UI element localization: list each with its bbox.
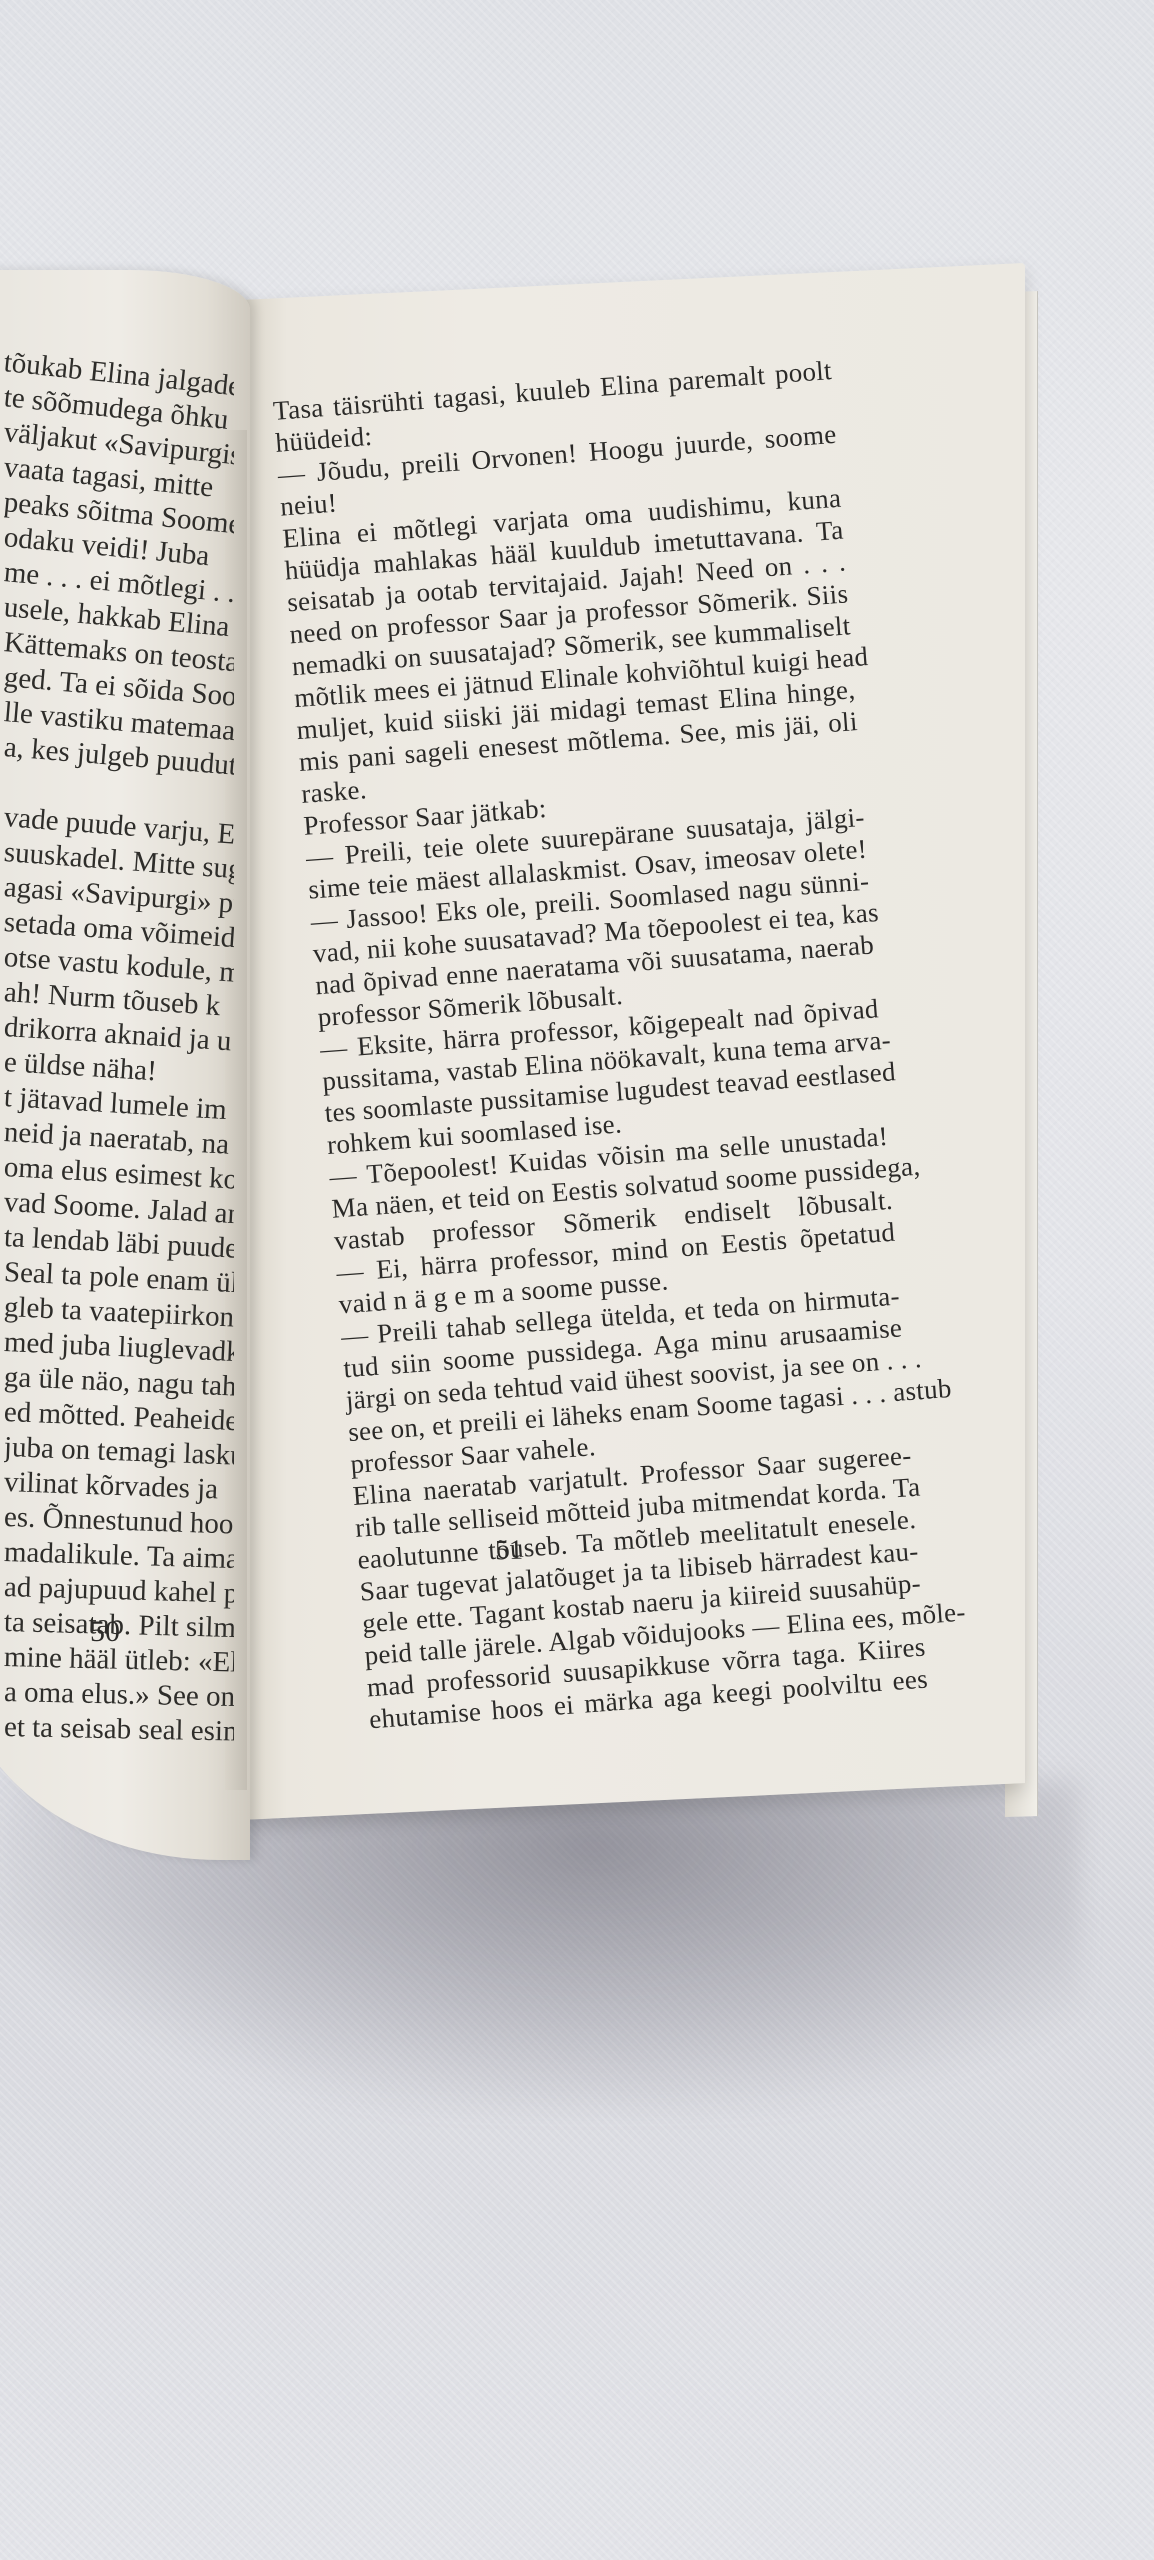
text-line: et ta seisab seal esim	[4, 1710, 234, 1745]
left-page-text: tõukab Elina jalgadete sõõmudega õhkuväl…	[4, 345, 234, 1745]
right-page-number: 51	[495, 1535, 524, 1568]
left-page-number: 50	[90, 1615, 120, 1649]
right-page-text: Tasa täisrühti tagasi, kuuleb Elina pare…	[272, 354, 929, 1735]
text-line: a oma elus.» See on im	[4, 1675, 234, 1715]
